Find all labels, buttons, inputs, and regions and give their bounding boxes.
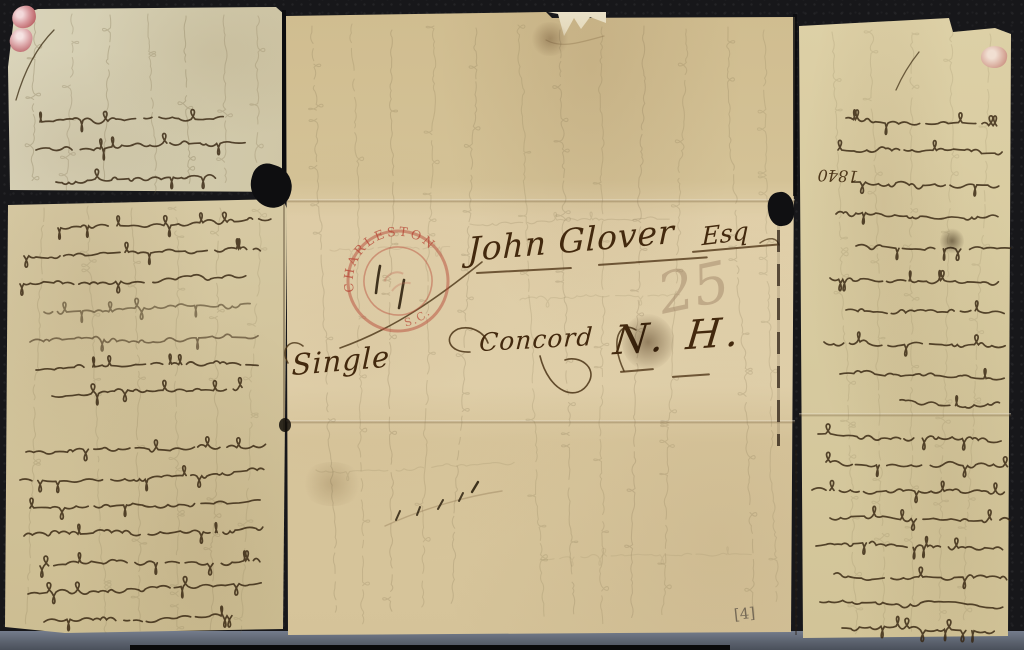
fold-crease — [286, 420, 795, 424]
fold-crease — [795, 450, 797, 635]
letter-scan: CHARLESTONS.C. John Glover Esq 25 Concor… — [0, 0, 1024, 650]
reversed-year-fragment: 1840 — [817, 166, 858, 186]
fold-crease — [799, 413, 1011, 417]
address-city: Concord — [478, 322, 594, 357]
pencil-catalog-mark: [4] — [733, 604, 756, 624]
letter-panel-right — [799, 18, 1011, 638]
fold-hole — [279, 418, 291, 432]
desk-shadow-bar — [130, 645, 730, 650]
fold-crease-dark — [777, 196, 780, 446]
letter-panel-left-top — [8, 7, 285, 192]
letter-panel-left-bottom — [5, 199, 287, 633]
address-state: N. H. — [611, 309, 746, 365]
fold-gap — [793, 14, 797, 196]
fold-crease — [283, 200, 285, 430]
fold-crease — [286, 199, 795, 203]
